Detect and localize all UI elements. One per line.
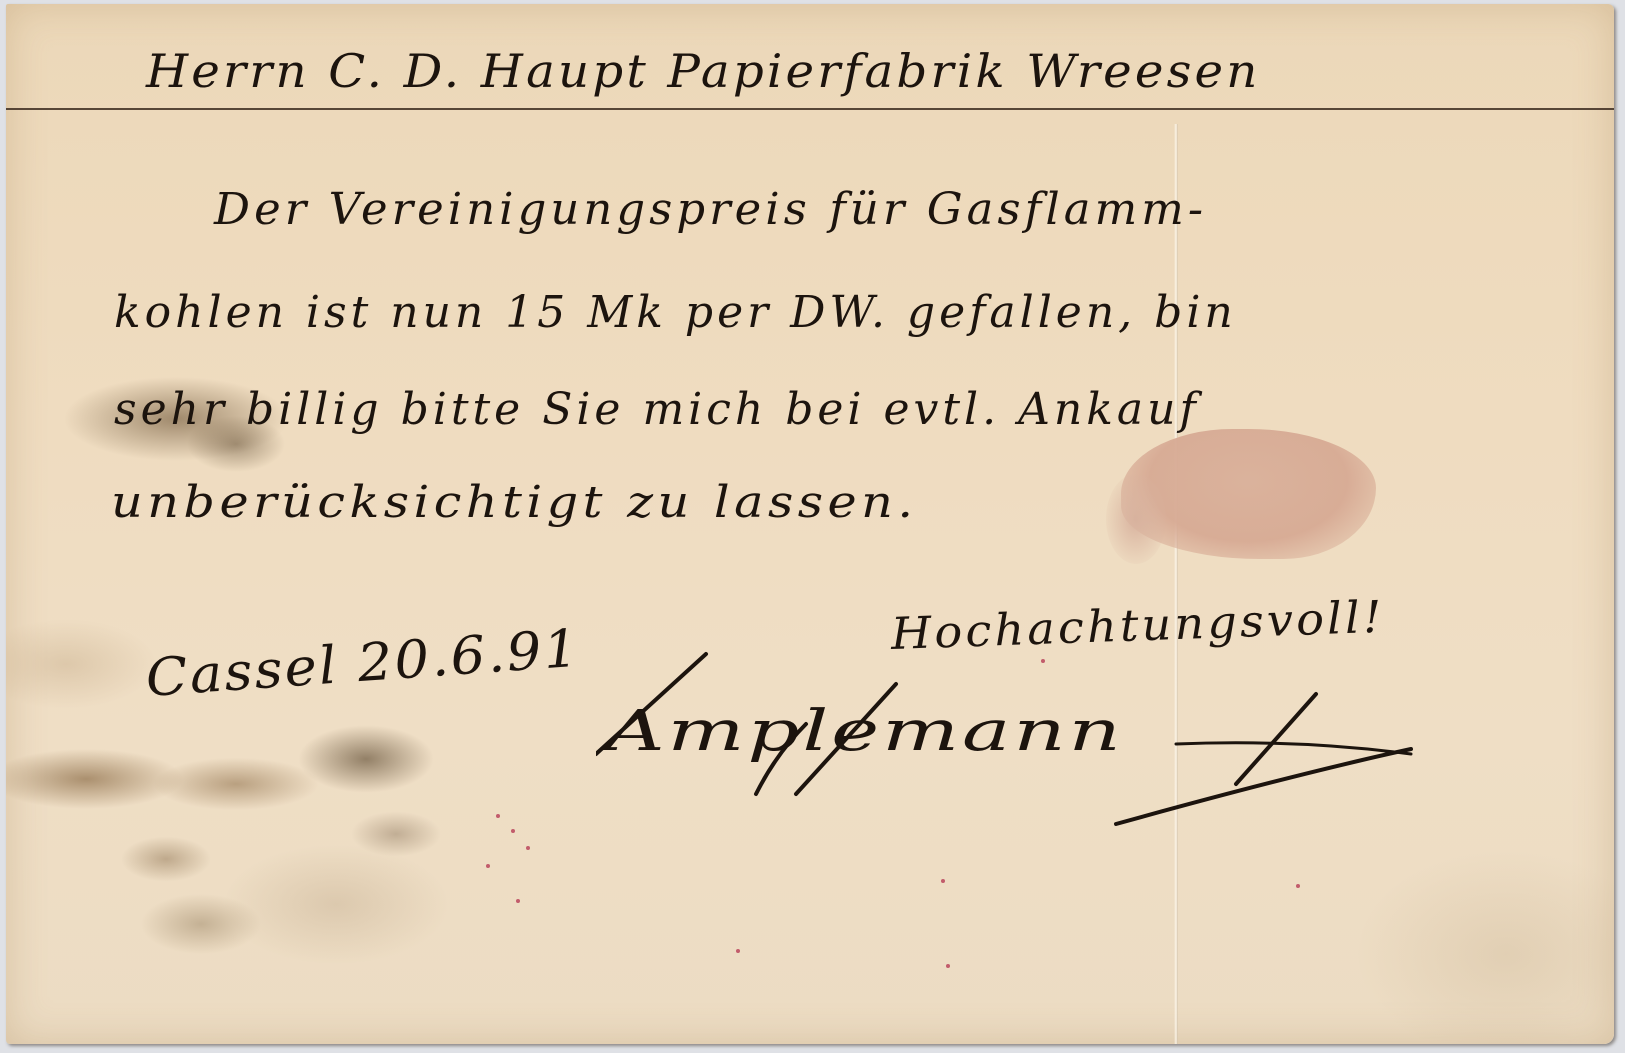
paper-crease bbox=[1174, 124, 1178, 1044]
body-line-3: sehr billig bitte Sie mich bei evtl. Ank… bbox=[114, 384, 1200, 435]
postcard: Herrn C. D. Haupt Papierfabrik Wreesen D… bbox=[6, 4, 1614, 1044]
red-speckle bbox=[516, 899, 520, 903]
pink-water-stain-edge bbox=[1106, 474, 1166, 564]
red-speckle bbox=[526, 846, 530, 850]
red-speckle bbox=[511, 829, 515, 833]
red-speckle bbox=[1296, 884, 1300, 888]
red-speckle bbox=[486, 864, 490, 868]
red-speckle bbox=[941, 879, 945, 883]
body-line-4: unberücksichtigt zu lassen. bbox=[111, 477, 918, 528]
signature-flourish-icon bbox=[596, 644, 1416, 844]
body-line-1: Der Vereinigungspreis für Gasflamm- bbox=[214, 184, 1207, 235]
red-speckle bbox=[946, 964, 950, 968]
address-rule-line bbox=[6, 108, 1614, 110]
red-speckle bbox=[736, 949, 740, 953]
body-line-2: kohlen ist nun 15 Mk per DW. gefallen, b… bbox=[114, 287, 1237, 338]
place-date: Cassel 20.6.91 bbox=[144, 619, 582, 709]
address-line: Herrn C. D. Haupt Papierfabrik Wreesen bbox=[146, 44, 1261, 98]
red-speckle bbox=[496, 814, 500, 818]
